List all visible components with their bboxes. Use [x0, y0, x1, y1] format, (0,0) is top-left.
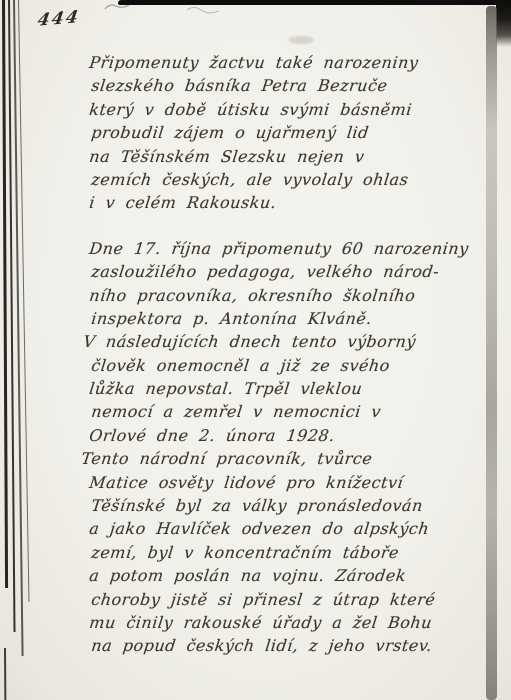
handwriting-line: V následujících dnech tento výborný [82, 330, 503, 353]
scanned-manuscript-page: { "page": { "number": "444", "paragraphs… [0, 0, 511, 700]
handwriting-line: slezského básníka Petra Bezruče [90, 74, 503, 97]
handwriting-line: člověk onemocněl a již ze svého [90, 354, 503, 377]
handwriting-line: mu činily rakouské úřady a žel Bohu [88, 611, 503, 634]
handwriting-line: i v celém Rakousku. [88, 191, 503, 214]
handwriting-line: Tento národní pracovník, tvůrce [80, 447, 503, 470]
handwriting-line: a jako Havlíček odvezen do alpských [88, 517, 503, 540]
handwriting-line: Matice osvěty lidové pro knížectví [88, 471, 503, 494]
ink-smudge [104, 1, 130, 13]
binding-line [2, 0, 8, 588]
handwriting-line: choroby jistě si přinesl z útrap které [90, 588, 503, 611]
paragraph-klvana: Dne 17. října připomenuty 60 narozeniny … [88, 237, 500, 658]
handwritten-text: Připomenuty žactvu také narozeniny slezs… [88, 51, 500, 658]
handwriting-line: a potom poslán na vojnu. Zárodek [88, 564, 503, 587]
handwriting-line: na popud českých lidí, z jeho vrstev. [90, 634, 503, 657]
scan-corner-shadow [496, 0, 511, 47]
scan-top-edge [118, 0, 511, 5]
handwriting-line: který v době útisku svými básněmi [88, 98, 503, 121]
scan-smudge [288, 36, 314, 44]
ink-smudge [186, 4, 220, 18]
handwriting-line: nemocí a zemřel v nemocnici v [90, 400, 503, 423]
handwriting-line: Připomenuty žactvu také narozeniny [88, 51, 503, 74]
binding-line [4, 648, 6, 700]
handwriting-line: ního pracovníka, okresního školního [88, 284, 503, 307]
paragraph-bezruc: Připomenuty žactvu také narozeniny slezs… [88, 51, 500, 215]
handwriting-line: Orlové dne 2. února 1928. [88, 424, 503, 447]
page-number: 444 [36, 7, 81, 31]
handwriting-line: zemí, byl v koncentračním táboře [90, 541, 503, 564]
handwriting-line: na Těšínském Slezsku nejen v [88, 145, 503, 168]
handwriting-line: Těšínské byl za války pronásledován [90, 494, 503, 517]
handwriting-line: lůžka nepovstal. Trpěl vleklou [88, 377, 503, 400]
handwriting-line: zasloužilého pedagoga, velkého národ- [90, 260, 503, 283]
handwriting-line: zemích českých, ale vyvolaly ohlas [90, 168, 503, 191]
handwriting-line: probudil zájem o ujařmený lid [90, 121, 503, 144]
handwriting-line: Dne 17. října připomenuty 60 narozeniny [88, 237, 503, 260]
handwriting-line: inspektora p. Antonína Klváně. [90, 307, 503, 330]
